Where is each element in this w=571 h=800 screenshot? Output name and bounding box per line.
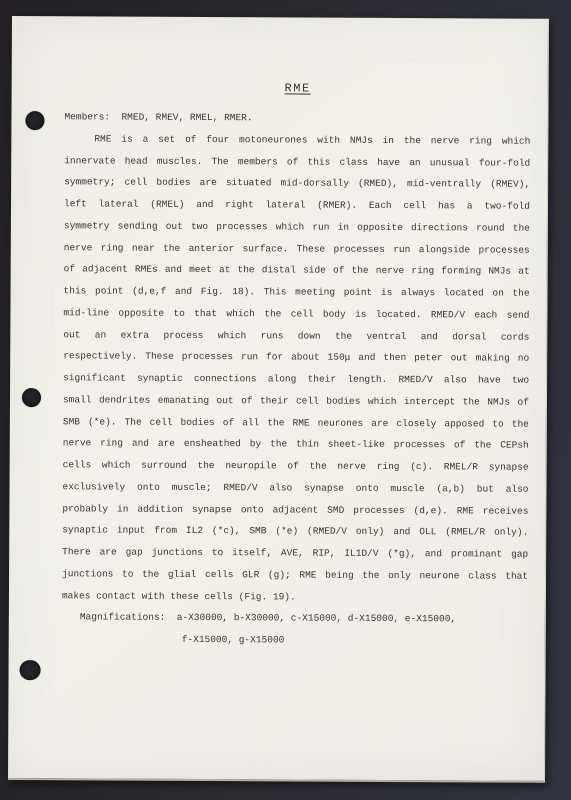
text-line: of adjacent RMEs and meet at the distal …: [64, 259, 530, 283]
text-line: RME is a set of four motoneurones with N…: [64, 128, 530, 152]
text-line: nerve ring near the anterior surface. Th…: [64, 237, 530, 261]
text-line: left lateral (RMEL) and right lateral (R…: [64, 193, 530, 217]
text-line: Members: RMED, RMEV, RMEL, RMER.: [64, 106, 530, 130]
text-line: symmetry sending out two processes which…: [64, 215, 530, 239]
text-line: out an extra process which runs down the…: [63, 324, 529, 348]
text-line: mid-line opposite to that which the cell…: [63, 302, 529, 326]
page-title-text: RME: [285, 81, 311, 95]
page-title: RME: [65, 80, 531, 96]
text-line: SMB (*e). The cell bodies of all the RME…: [63, 411, 529, 435]
text-line: junctions to the glial cells GLR (g); RM…: [62, 563, 528, 587]
text-line: exclusively onto muscle; RMED/V also syn…: [62, 476, 528, 500]
hole-punch-bottom: [20, 660, 41, 680]
text-line: symmetry; cell bodies are situated mid-d…: [64, 172, 530, 196]
text-line: f-X15000, g-X15000: [62, 628, 528, 652]
text-line: small dendrites emanating out of their c…: [63, 389, 529, 413]
text-line: synaptic input from IL2 (*c), SMB (*e) (…: [62, 520, 528, 544]
text-line: innervate head muscles. The members of t…: [64, 150, 530, 174]
text-line: cells which surround the neuropile of th…: [63, 454, 529, 478]
desk-background: RME Members: RMED, RMEV, RMEL, RMER.RME …: [0, 0, 571, 800]
text-line: There are gap junctions to itself, AVE, …: [62, 541, 528, 565]
text-line: this point (d,e,f and Fig. 18). This mee…: [64, 280, 530, 304]
text-line: nerve ring and are ensheathed by the thi…: [63, 433, 529, 457]
document-page: RME Members: RMED, RMEV, RMEL, RMER.RME …: [8, 16, 549, 783]
text-line: makes contact with these cells (Fig. 19)…: [62, 585, 528, 609]
text-line: Magnifications: a-X30000, b-X30000, c-X1…: [62, 607, 528, 631]
document-body: Members: RMED, RMEV, RMEL, RMER.RME is a…: [62, 106, 531, 652]
text-line: probably in addition synapse onto adjace…: [62, 498, 528, 522]
text-line: respectively. These processes run for ab…: [63, 346, 529, 370]
text-line: significant synaptic connections along t…: [63, 367, 529, 391]
hole-punch-top: [25, 111, 44, 130]
hole-punch-middle: [22, 388, 41, 407]
